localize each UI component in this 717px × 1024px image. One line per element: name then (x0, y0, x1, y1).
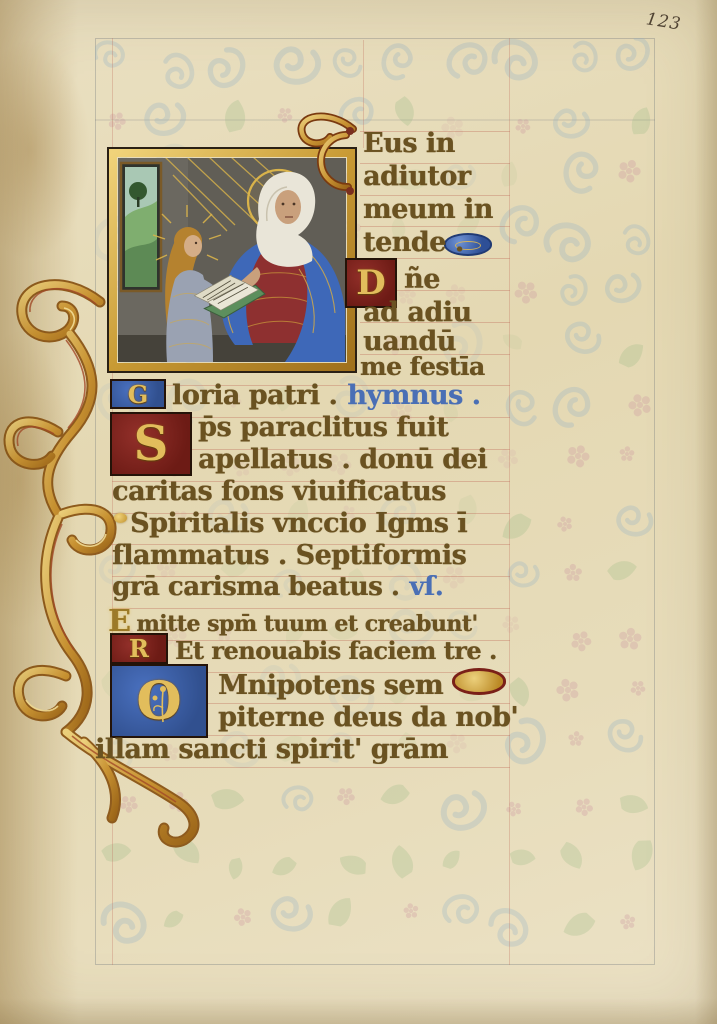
text-line: adiutor (363, 163, 470, 190)
line-text: Spiritalis vnccio Igms ī (130, 508, 467, 539)
text-line: loria patri .hymnus . (172, 382, 480, 409)
line-text: illam sancti spirit' grām (95, 734, 448, 765)
line-text: p̄s paraclitus fuit (198, 412, 448, 443)
line-text: tende . (363, 227, 464, 258)
text-line: Emitte spm̄ tuum et creabunt' (108, 607, 478, 637)
line-text: apellatus . donū dei (198, 444, 487, 475)
miniature-st-anne-teaching-virgin (107, 147, 357, 373)
text-line: uandū (363, 328, 456, 355)
mary-face (184, 235, 202, 257)
page-edge-right (695, 0, 717, 1024)
line-text: flammatus . Septiformis (112, 540, 466, 571)
line-text: mitte spm̄ tuum et creabunt' (136, 611, 477, 637)
initial-flower-sprig (148, 684, 178, 724)
line-filler-gold (452, 668, 506, 695)
text-line: caritas fons viuificatus (112, 478, 446, 505)
window (121, 163, 161, 291)
text-line: illam sancti spirit' grām (95, 736, 448, 763)
rubric-versicle: vſ. (409, 572, 443, 602)
line-text: Mnipotens sem (218, 670, 443, 701)
text-line: me festīa (360, 354, 485, 379)
text-line: piterne deus da nob' (218, 704, 518, 731)
line-text: adiutor (363, 161, 470, 192)
initial-letter: G (128, 380, 149, 409)
text-line: Spiritalis vnccio Igms ī (130, 510, 467, 537)
line-text: me festīa (360, 352, 485, 381)
text-line: ad adiu (363, 299, 472, 326)
line-text: loria patri . (172, 380, 337, 411)
rubric-hymnus: hymnus . (347, 380, 480, 411)
text-line: Eus in (363, 130, 455, 157)
line-text: Eus in (363, 128, 455, 159)
text-line: ñe (404, 266, 440, 293)
initial-omnipotens: O (110, 664, 208, 738)
text-line: p̄s paraclitus fuit (198, 414, 448, 441)
text-line: tende . (363, 229, 464, 256)
text-line: meum in (363, 196, 493, 223)
ruling-line-vertical (509, 38, 510, 965)
initial-letter: R (129, 634, 149, 663)
initial-D-flourish (283, 103, 371, 207)
line-text: grā carisma beatus . (112, 572, 399, 602)
initial-emitte: E (108, 604, 130, 639)
line-text: caritas fons viuificatus (112, 476, 446, 507)
page-edge-bottom (0, 998, 717, 1024)
text-line: flammatus . Septiformis (112, 542, 466, 569)
initial-letter: S (134, 416, 169, 472)
initial-gloria: G (110, 379, 166, 409)
line-text: ñe (404, 264, 440, 295)
initial-spiritus: S (110, 412, 192, 476)
manuscript-page: D G S R O Eus in adiutor meum in tende .… (0, 0, 717, 1024)
line-text: meum in (363, 194, 493, 225)
line-text: ad adiu (363, 297, 472, 328)
text-line: Et renouabis faciem tre . (175, 639, 497, 663)
text-line: Mnipotens sem (218, 672, 443, 699)
line-text: Et renouabis faciem tre . (175, 636, 497, 665)
text-line: apellatus . donū dei (198, 446, 487, 473)
folio-number: 123 (645, 9, 683, 34)
text-line: grā carisma beatus .vſ. (112, 574, 443, 600)
line-text: piterne deus da nob' (218, 702, 518, 733)
gold-fleck (114, 513, 127, 523)
